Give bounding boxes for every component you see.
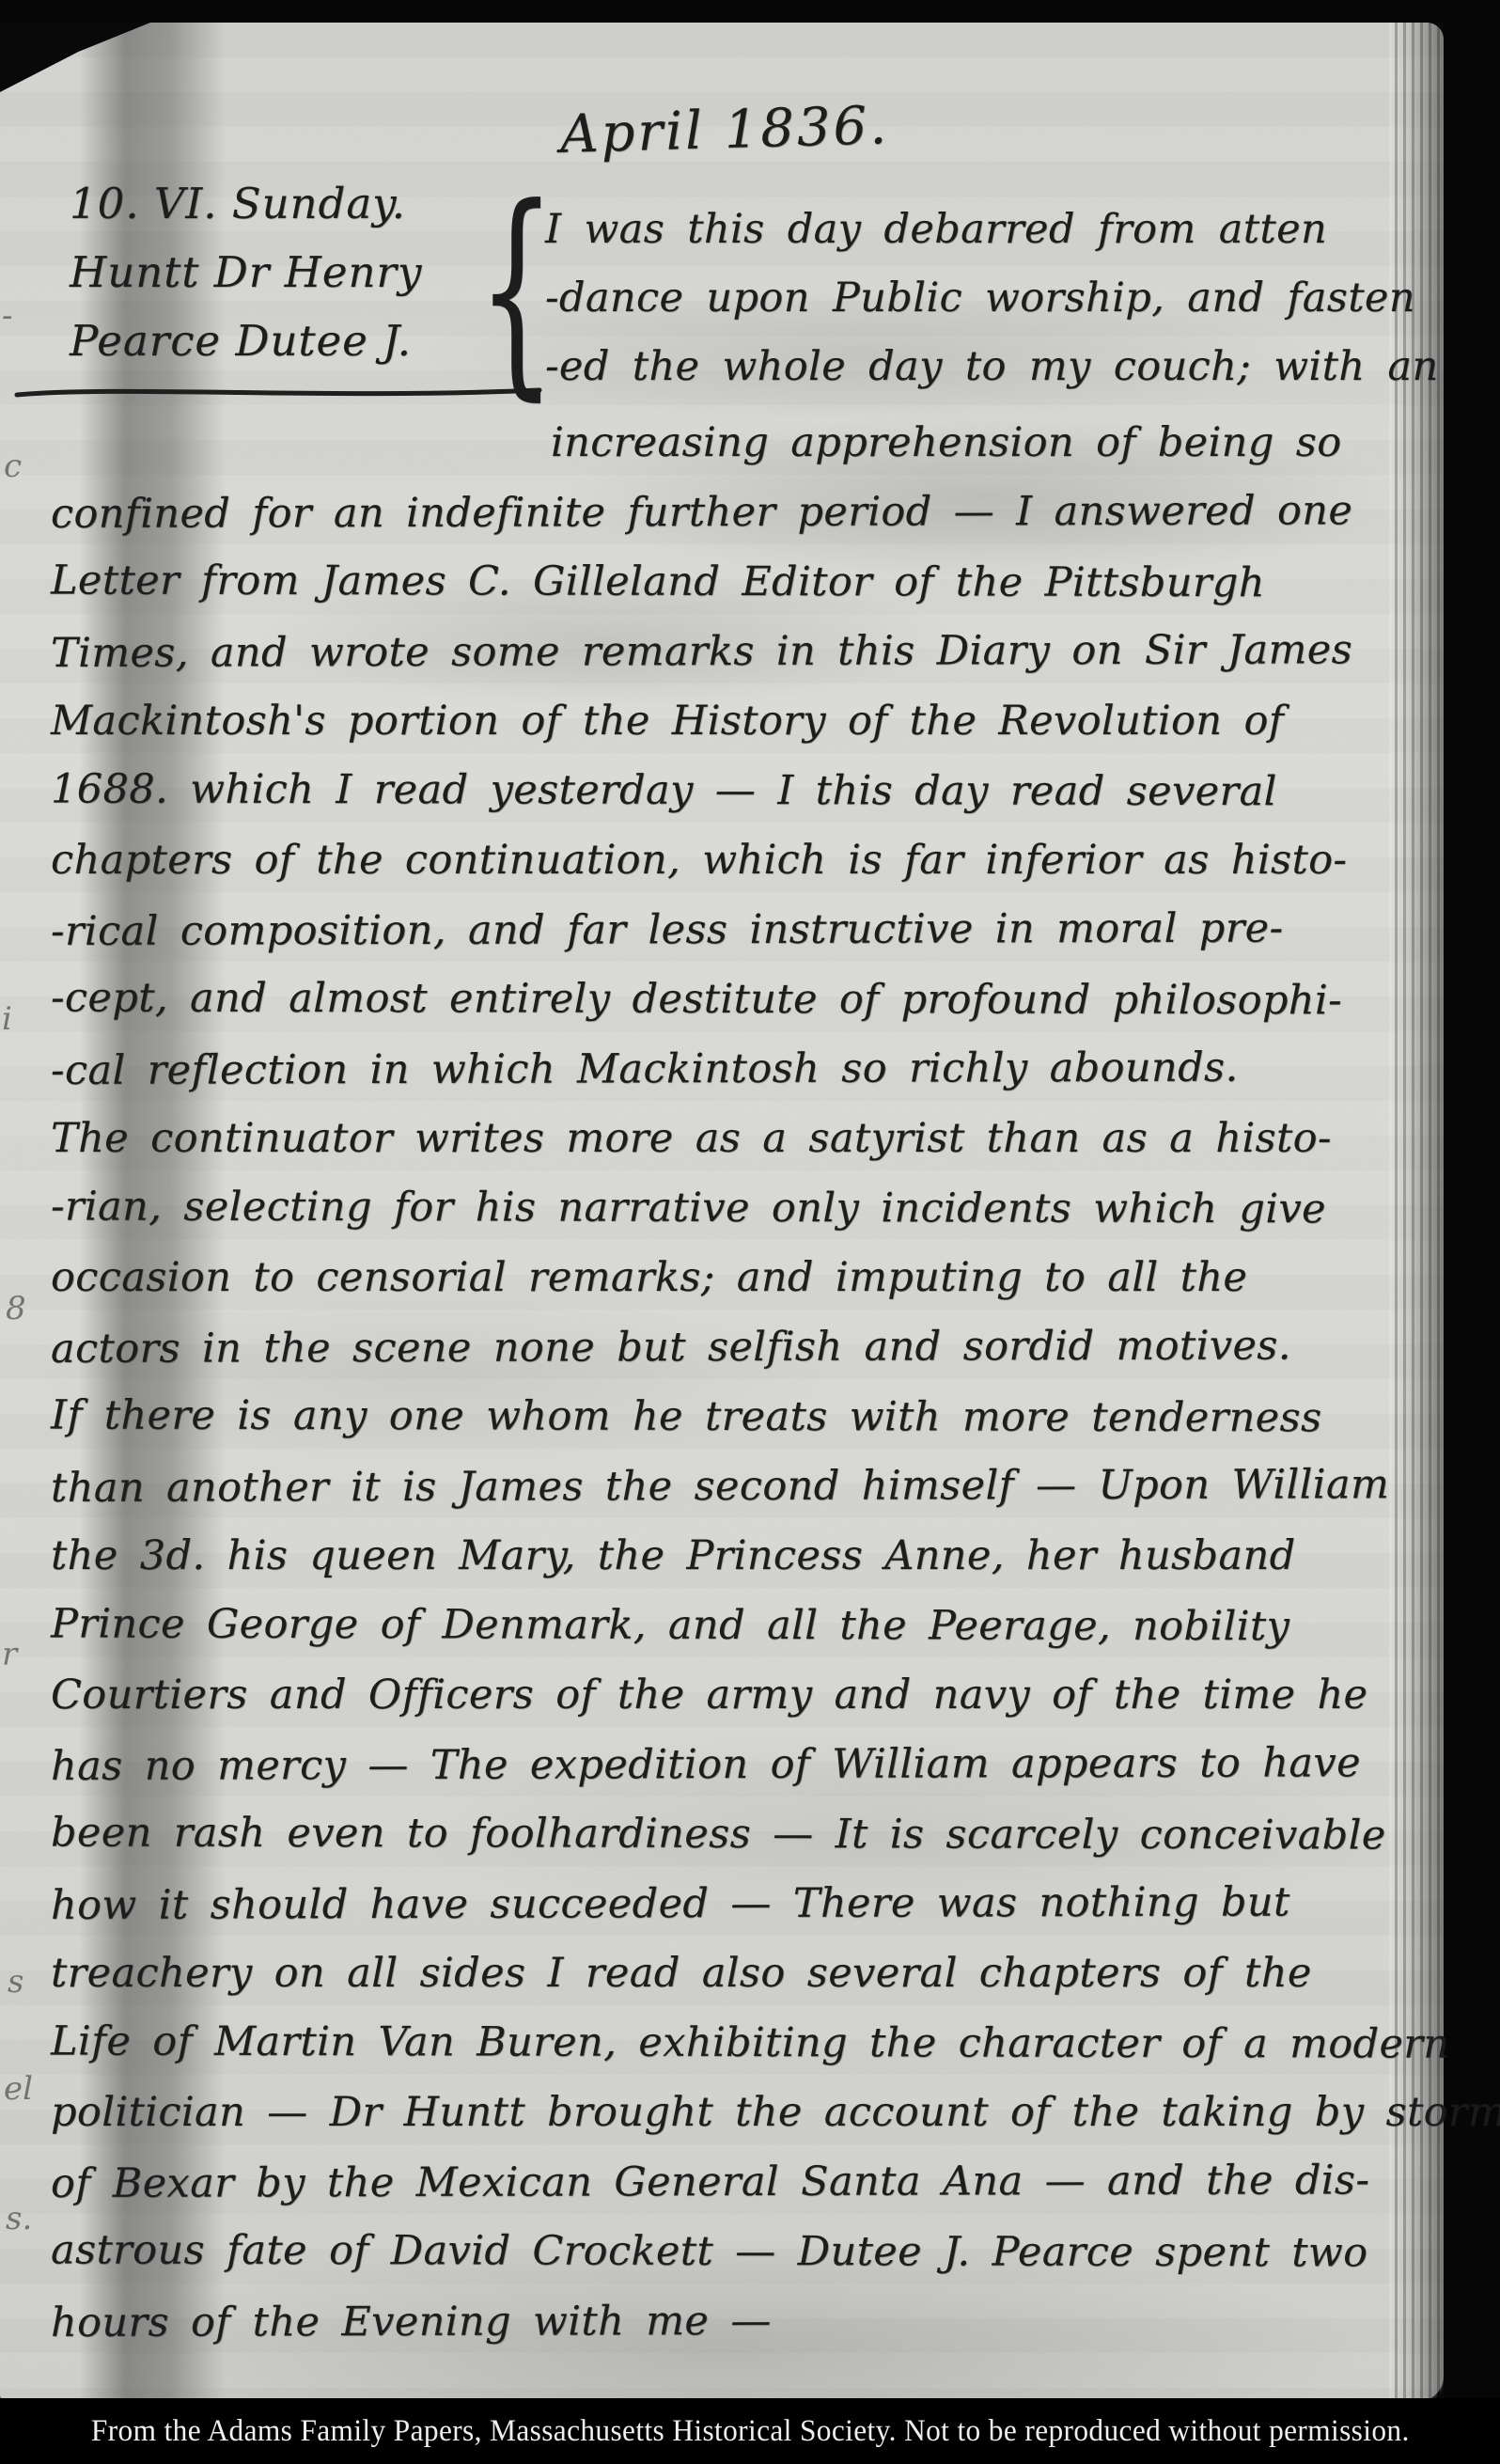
edge-fragment: s bbox=[8, 1963, 23, 2001]
manuscript-scan: - c i 8 r s el s. April 1836. 10. VI. Su… bbox=[0, 0, 1500, 2464]
entry-line: has no mercy — The expedition of William… bbox=[51, 1728, 1442, 1801]
entry-line: Letter from James C. Gilleland Editor of… bbox=[51, 545, 1442, 618]
entry-line: been rash even to foolhardiness — It is … bbox=[51, 1797, 1442, 1870]
margin-note: 10. VI. Sunday. Huntt Dr Henry Pearce Du… bbox=[70, 169, 521, 375]
edge-fragment: 8 bbox=[6, 1290, 26, 1327]
entry-opening-text: I was this day debarred from atten -danc… bbox=[545, 196, 1440, 401]
entry-line: If there is any one whom he treats with … bbox=[51, 1380, 1442, 1452]
entry-line: Prince George of Denmark, and all the Pe… bbox=[51, 1589, 1442, 1661]
entry-date-heading: April 1836. bbox=[559, 95, 890, 165]
diary-page: - c i 8 r s el s. April 1836. 10. VI. Su… bbox=[0, 23, 1444, 2401]
entry-line: the 3d. his queen Mary, the Princess Ann… bbox=[51, 1521, 1442, 1591]
entry-line: -rical composition, and far less instruc… bbox=[51, 893, 1442, 966]
margin-note-line: Pearce Dutee J. bbox=[70, 306, 521, 375]
entry-line: politician — Dr Huntt brought the accoun… bbox=[51, 2078, 1442, 2147]
entry-body-text: increasing apprehension of being so conf… bbox=[51, 408, 1442, 2356]
attribution-caption: From the Adams Family Papers, Massachuse… bbox=[91, 2414, 1410, 2449]
entry-line: -ed the whole day to my couch; with an bbox=[545, 333, 1440, 401]
entry-line: -cept, and almost entirely destitute of … bbox=[51, 963, 1442, 1035]
margin-underline-rule bbox=[13, 384, 545, 402]
entry-line: Mackintosh's portion of the History of t… bbox=[51, 686, 1442, 756]
entry-line: -cal reflection in which Mackintosh so r… bbox=[51, 1032, 1442, 1106]
entry-line: Life of Martin Van Buren, exhibiting the… bbox=[51, 2006, 1442, 2079]
entry-line: how it should have succeeded — There was… bbox=[51, 1867, 1442, 1940]
margin-note-line: Huntt Dr Henry bbox=[70, 238, 521, 306]
entry-line: Times, and wrote some remarks in this Di… bbox=[51, 615, 1442, 688]
attribution-band: From the Adams Family Papers, Massachuse… bbox=[0, 2398, 1500, 2464]
edge-fragment: s. bbox=[6, 2200, 32, 2237]
entry-line: treachery on all sides I read also sever… bbox=[51, 1938, 1442, 2008]
entry-line: -rian, selecting for his narrative only … bbox=[51, 1171, 1442, 1244]
entry-line: chapters of the continuation, which is f… bbox=[51, 825, 1442, 895]
entry-line: of Bexar by the Mexican General Santa An… bbox=[51, 2145, 1442, 2219]
entry-line: astrous fate of David Crockett — Dutee J… bbox=[51, 2215, 1442, 2287]
entry-line: actors in the scene none but selfish and… bbox=[51, 1310, 1442, 1384]
entry-line: hours of the Evening with me — bbox=[51, 2284, 1442, 2358]
entry-line: increasing apprehension of being so bbox=[51, 408, 1442, 478]
edge-fragment: i bbox=[2, 1000, 12, 1038]
entry-line: -dance upon Public worship, and fasten bbox=[545, 264, 1440, 333]
margin-note-line: 10. VI. Sunday. bbox=[70, 169, 521, 238]
entry-line: occasion to censorial remarks; and imput… bbox=[51, 1243, 1442, 1312]
edge-fragment: c bbox=[4, 447, 22, 485]
edge-fragment: - bbox=[2, 297, 13, 335]
entry-line: I was this day debarred from atten bbox=[545, 196, 1440, 264]
entry-line: 1688. which I read yesterday — I this da… bbox=[51, 754, 1442, 826]
curly-brace-icon: { bbox=[477, 179, 555, 402]
entry-line: confined for an indefinite further perio… bbox=[51, 476, 1442, 549]
entry-line: than another it is James the second hims… bbox=[51, 1450, 1442, 1523]
entry-line: The continuator writes more as a satyris… bbox=[51, 1104, 1442, 1173]
entry-line: Courtiers and Officers of the army and n… bbox=[51, 1660, 1442, 1730]
edge-fragment: el bbox=[4, 2070, 33, 2108]
edge-fragment: r bbox=[2, 1636, 17, 1673]
